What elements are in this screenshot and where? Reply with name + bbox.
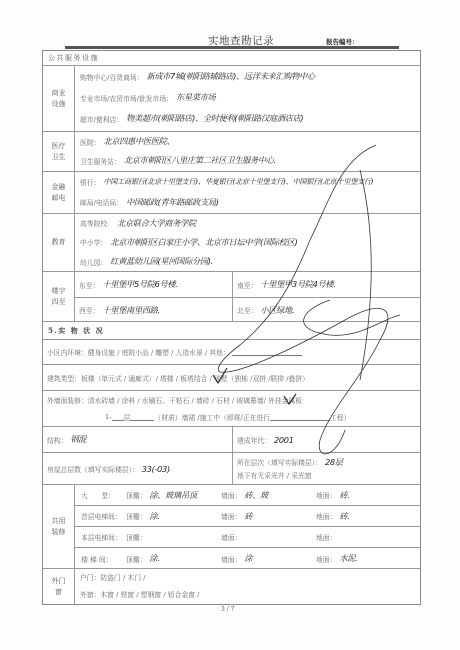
deco-stairwell-ceiling[interactable]: 涂. (149, 553, 159, 564)
environment-other-blank[interactable] (232, 348, 302, 356)
post-line: 邮局/电话局： 中国邮政(青年路邮政支局) (75, 192, 420, 212)
environment-options[interactable]: 健身设施 / 庭院小品 / 雕塑 / 人造水景 / 其他： (88, 347, 230, 357)
boundaries-west-north: 西至： 十里堡南里西路. 北至： 小区绿地. (75, 298, 420, 322)
deco-ground-elevator-floor[interactable]: 砖. (339, 511, 349, 522)
physical-title: 5.实 物 状 况 (43, 322, 104, 339)
deco-lobby-ceiling[interactable]: 涂、玻璃吊顶 (149, 490, 196, 501)
supermarket-label: 超市/便利店： (80, 114, 123, 124)
survey-table: 公共服务设施 商业设施 购物中心/百货商场： 新成市7城(朝阳路辅路店)、远洋未… (42, 50, 421, 605)
school-label: 中小学： (80, 237, 107, 247)
facade-label: 外墙面装修： (47, 395, 88, 405)
level-label: 所在层次（填写实际楼层）： (237, 457, 322, 467)
clinic-value[interactable]: 北京市朝阳区八里庄第二社区卫生服务中心. (124, 155, 276, 166)
south-value[interactable]: 十里堡甲3号院4号楼. (260, 279, 335, 290)
structure-row: 结构： 钢混 建成年代： 2001 (43, 427, 420, 453)
deco-row-stairwell: 楼 梯 间： 顶棚： 涂. 墙面： 涂 地面： 水泥. (75, 548, 420, 569)
deco-stairwell-floor[interactable]: 水泥. (339, 553, 357, 564)
south-cell: 南至： 十里堡甲3号院4号楼. (233, 272, 420, 297)
hospital-value[interactable]: 北京四惠中医医院、 (103, 136, 174, 147)
level-cell: 所在层次（填写实际楼层）： 28层 地下有无采光井 / 采光窗 (233, 453, 420, 484)
level-value[interactable]: 28层 (325, 457, 343, 468)
market-label: 专业市场/农贸市场/批发市场： (80, 93, 173, 103)
public-facilities-title: 公共服务设施 (43, 51, 99, 65)
common-decoration-label: 共用装修 (43, 485, 75, 568)
college-line: 高等院校： 北京联合大学商务学院 (75, 214, 420, 232)
supermarket-line: 超市/便利店： 物美超市(朝阳路店)、全时便利(朝阳路汉庭酒店店) (75, 108, 420, 129)
header-rule (65, 46, 399, 49)
north-value[interactable]: 小区绿地. (260, 305, 294, 316)
year-cell: 建成年代： 2001 (233, 427, 420, 452)
door-line: 户门： 防盗门 / 木门 / (75, 569, 420, 585)
year-label: 建成年代： (237, 435, 271, 445)
total-floors-label: 房屋总层数（填写实际楼层）： (47, 464, 139, 474)
total-floors-value[interactable]: 33(-03) (142, 464, 170, 474)
window-label: 外窗： (80, 589, 100, 599)
college-label: 高等院校： (80, 218, 114, 228)
building-type-row: 建筑类型： 板楼（单元式 / 通廊式）/ 塔楼 / 板塔结合 / 别墅（独栋 /… (43, 365, 420, 391)
east-value[interactable]: 十里堡甲5号院6号楼. (102, 279, 177, 290)
facade-options[interactable]: 清水砖墙 / 涂料 / 水刷石、干粘石 / 墙砖 / 石材 / 玻璃幕墙/ 外挂… (88, 395, 302, 405)
facade-floor-unit: 层 (124, 412, 131, 422)
deco-ceiling-label: 顶棚： (126, 490, 146, 500)
east-cell: 东至： 十里堡甲5号院6号楼. (75, 272, 233, 297)
deco-wall-label: 墙面： (221, 490, 241, 500)
structure-cell: 结构： 钢混 (43, 427, 233, 452)
hospital-label: 医院： (80, 137, 100, 147)
deco-ceiling-label: 顶棚： (126, 511, 146, 521)
door-options[interactable]: 防盗门 / 木门 / (100, 572, 145, 582)
common-decoration-row: 共用装修 大 堂： 顶棚： 涂、玻璃吊顶 墙面： 砖、玻 地面： 砖. 首层电梯… (43, 485, 420, 569)
finance-row: 金融邮电 银行： 中国工商银行(北京十里堡支行)、华夏银行(北京十里堡支行)、中… (43, 172, 420, 214)
deco-row-lobby: 大 堂： 顶棚： 涂、玻璃吊顶 墙面： 砖、玻 地面： 砖. (75, 485, 420, 506)
deco-lobby-label: 大 堂： (81, 490, 126, 500)
bank-label: 银行： (80, 177, 100, 187)
deco-stairwell-wall[interactable]: 涂 (244, 553, 252, 564)
environment-row: 小区内环境： 健身设施 / 庭院小品 / 雕塑 / 人造水景 / 其他： (43, 340, 420, 365)
kindergarten-line: 幼儿园： 红黄蓝幼儿园(星河国际分园). (75, 252, 420, 271)
window-line: 外窗： 木窗 / 铁窗 / 塑钢窗 / 铝合金窗 / (75, 585, 420, 603)
facade-line-1: 外墙面装修： 清水砖墙 / 涂料 / 水刷石、干粘石 / 墙砖 / 石材 / 玻… (43, 391, 420, 409)
deco-lobby-wall[interactable]: 砖、玻 (244, 490, 268, 501)
west-value[interactable]: 十里堡南里西路. (102, 305, 160, 316)
door-label: 户门： (80, 572, 100, 582)
medical-label: 医疗卫生 (43, 132, 75, 171)
structure-value[interactable]: 钢混 (70, 434, 86, 445)
building-type-line: 建筑类型： 板楼（单元式 / 通廊式）/ 塔楼 / 板塔结合 / 别墅（独栋 /… (43, 365, 309, 390)
boundaries-row: 楼宇四至 东至： 十里堡甲5号院6号楼. 南至： 十里堡甲3号院4号楼. 西至：… (43, 272, 420, 322)
education-label: 教育 (43, 214, 75, 271)
deco-stairwell-label: 楼 梯 间： (81, 554, 126, 564)
doors-windows-row: 外门窗 户门： 防盗门 / 木门 / 外窗： 木窗 / 铁窗 / 塑钢窗 / 铝… (43, 569, 420, 604)
west-label: 西至： (79, 305, 99, 315)
clinic-label: 卫生服务站： (80, 156, 121, 166)
window-options[interactable]: 木窗 / 铁窗 / 塑钢窗 / 铝合金窗 / (100, 589, 199, 599)
clinic-line: 卫生服务站： 北京市朝阳区八里庄第二社区卫生服务中心. (75, 151, 420, 170)
post-label: 邮局/电话局： (80, 197, 123, 207)
boundaries-label: 楼宇四至 (43, 272, 75, 321)
bank-line: 银行： 中国工商银行(北京十里堡支行)、华夏银行(北京十里堡支行)、中国银行(北… (75, 172, 420, 192)
deco-floor-elevator-label: 本层电梯间： (81, 532, 126, 542)
deco-wall-label: 墙面： (221, 511, 241, 521)
market-value[interactable]: 东星菜市场 (176, 92, 215, 103)
post-value[interactable]: 中国邮政(青年路邮政支局) (126, 197, 219, 208)
facade-line-2: 1- 层 （材质）墙裙 /施工中（即将/正在进行 工程） (43, 409, 420, 425)
deco-ground-elevator-wall[interactable]: 砖 (244, 511, 252, 522)
basement-options[interactable]: 地下有无采光井 / 采光窗 (237, 469, 312, 482)
floors-row: 房屋总层数（填写实际楼层）： 33(-03) 所在层次（填写实际楼层）： 28层… (43, 453, 420, 485)
public-facilities-header-row: 公共服务设施 (43, 51, 420, 66)
deco-floor-label: 地面： (316, 554, 336, 564)
environment-line: 小区内环境： 健身设施 / 庭院小品 / 雕塑 / 人造水景 / 其他： (43, 340, 302, 364)
facade-material-blank[interactable] (130, 413, 154, 421)
facade-construction-text: （材质）墙裙 /施工中（即将/正在进行 (154, 412, 270, 422)
deco-ceiling-label: 顶棚： (126, 554, 146, 564)
education-row: 教育 高等院校： 北京联合大学商务学院 中小学： 北京市朝阳区白家庄小学、北京市… (43, 214, 420, 272)
facade-row: 外墙面装修： 清水砖墙 / 涂料 / 水刷石、干粘石 / 墙砖 / 石材 / 玻… (43, 391, 420, 427)
page-number: 3 / 7 (221, 606, 234, 613)
physical-header-row: 5.实 物 状 况 (43, 322, 420, 340)
deco-floor-label: 地面： (316, 532, 336, 542)
environment-label: 小区内环境： (47, 347, 88, 357)
finance-label: 金融邮电 (43, 172, 75, 213)
medical-row: 医疗卫生 医院： 北京四惠中医医院、 卫生服务站： 北京市朝阳区八里庄第二社区卫… (43, 132, 420, 172)
report-number-label: 报告编号： (326, 37, 359, 46)
deco-wall-label: 墙面： (221, 532, 241, 542)
deco-ground-elevator-label: 首层电梯间： (81, 511, 126, 521)
deco-row-ground-elevator: 首层电梯间： 顶棚： 涂. 墙面： 砖 地面： 砖. (75, 506, 420, 527)
supermarket-value[interactable]: 物美超市(朝阳路店)、全时便利(朝阳路汉庭酒店店) (126, 113, 303, 124)
building-type-label: 建筑类型： (47, 373, 81, 383)
shopping-line: 购物中心/百货商场： 新成市7城(朝阳路辅路店)、远洋未来汇购物中心 (75, 66, 420, 87)
east-label: 东至： (79, 280, 99, 290)
south-label: 南至： (237, 280, 257, 290)
shopping-value[interactable]: 新成市7城(朝阳路辅路店)、远洋未来汇购物中心 (146, 71, 314, 82)
deco-row-floor-elevator: 本层电梯间： 顶棚： 墙面： 地面： (75, 527, 420, 548)
year-value[interactable]: 2001 (274, 435, 294, 445)
deco-floor-label: 地面： (316, 511, 336, 521)
deco-ceiling-label: 顶棚： (126, 532, 146, 542)
school-line: 中小学： 北京市朝阳区白家庄小学、北京市日坛中学(国际校区) (75, 232, 420, 252)
school-value[interactable]: 北京市朝阳区白家庄小学、北京市日坛中学(国际校区) (110, 237, 297, 248)
commercial-row: 商业设施 购物中心/百货商场： 新成市7城(朝阳路辅路店)、远洋未来汇购物中心 … (43, 66, 420, 132)
hospital-line: 医院： 北京四惠中医医院、 (75, 132, 420, 151)
facade-project-suffix: 工程） (330, 412, 350, 422)
college-value[interactable]: 北京联合大学商务学院 (117, 218, 196, 229)
market-line: 专业市场/农贸市场/批发市场： 东星菜市场 (75, 87, 420, 108)
total-floors-cell: 房屋总层数（填写实际楼层）： 33(-03) (43, 453, 233, 484)
deco-wall-label: 墙面： (221, 554, 241, 564)
deco-floor-label: 地面： (316, 490, 336, 500)
shopping-label: 购物中心/百货商场： (80, 72, 143, 82)
building-type-options[interactable]: 板楼（单元式 / 通廊式）/ 塔楼 / 板塔结合 / 别墅（独栋 /双拼 /联排… (81, 373, 309, 383)
commercial-label: 商业设施 (43, 66, 75, 131)
facade-project-blank[interactable] (270, 413, 330, 421)
deco-lobby-floor[interactable]: 砖. (339, 490, 349, 501)
boundaries-east-south: 东至： 十里堡甲5号院6号楼. 南至： 十里堡甲3号院4号楼. (75, 272, 420, 298)
north-cell: 北至： 小区绿地. (233, 298, 420, 322)
deco-ground-elevator-ceiling[interactable]: 涂. (149, 511, 159, 522)
bank-value[interactable]: 中国工商银行(北京十里堡支行)、华夏银行(北京十里堡支行)、中国银行(北京十里堡… (103, 177, 373, 187)
north-label: 北至： (237, 305, 257, 315)
kindergarten-value[interactable]: 红黄蓝幼儿园(星河国际分园). (110, 256, 213, 267)
facade-floor-prefix: 1- (105, 413, 112, 421)
facade-floor-blank[interactable] (112, 413, 124, 421)
doors-windows-label: 外门窗 (43, 569, 75, 604)
kindergarten-label: 幼儿园： (80, 257, 107, 267)
west-cell: 西至： 十里堡南里西路. (75, 298, 233, 322)
structure-label: 结构： (47, 435, 67, 445)
